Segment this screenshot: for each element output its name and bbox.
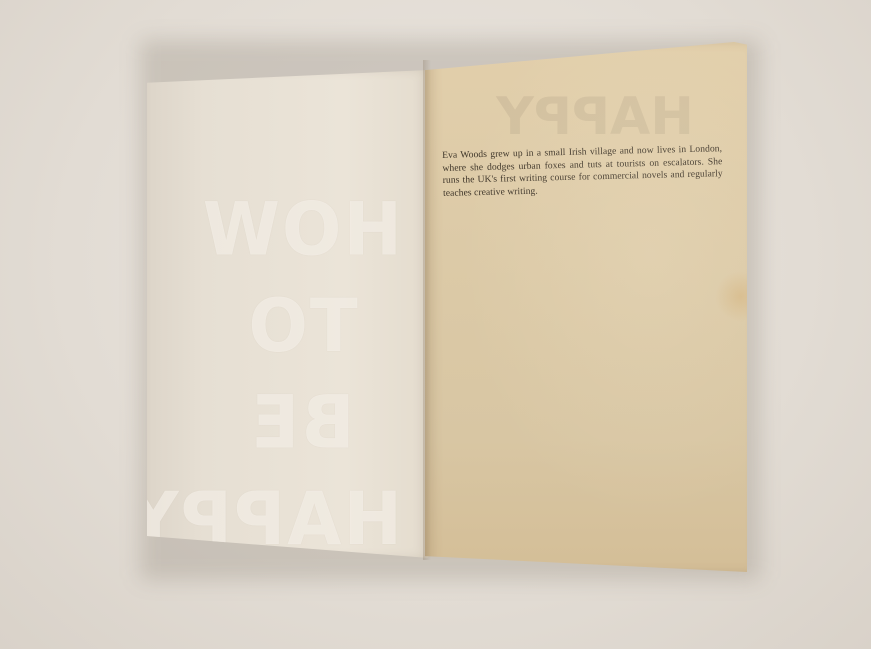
left-page-show-through-title: HOW TO BE HAPPY (202, 181, 402, 567)
author-bio: Eva Woods grew up in a small Irish villa… (442, 143, 723, 200)
right-page: HAPPY Eva Woods grew up in a small Irish… (425, 42, 747, 572)
book-gutter (423, 60, 431, 560)
ghost-line: HOW (202, 181, 402, 278)
right-page-show-through: HAPPY (465, 82, 725, 152)
ghost-line: TO BE (202, 277, 402, 470)
left-page: HOW TO BE HAPPY (147, 70, 429, 558)
photo-scene: HOW TO BE HAPPY HAPPY Eva Woods grew up … (0, 0, 871, 649)
